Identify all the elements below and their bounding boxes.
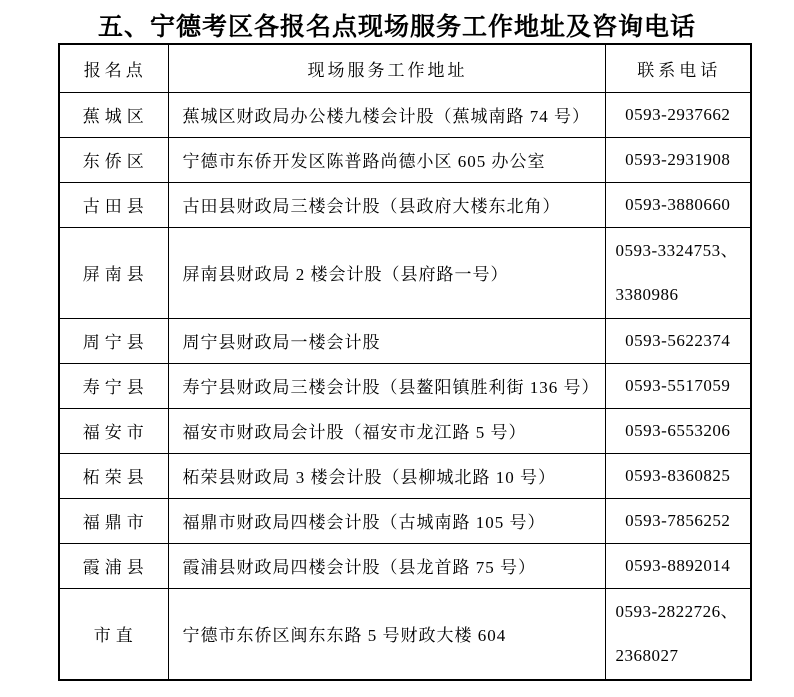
header-service-address: 现场服务工作地址 <box>168 44 605 92</box>
point-cell: 周宁县 <box>59 318 168 363</box>
table-row: 霞浦县 霞浦县财政局四楼会计股（县龙首路 75 号） 0593-8892014 <box>59 543 751 588</box>
table-header-row: 报名点 现场服务工作地址 联系电话 <box>59 44 751 92</box>
phone-cell: 0593-3880660 <box>605 182 751 227</box>
table-row: 市直 宁德市东侨区闽东东路 5 号财政大楼 604 0593-2822726、 … <box>59 588 751 680</box>
phone-cell: 0593-2931908 <box>605 137 751 182</box>
address-cell: 宁德市东侨开发区陈普路尚德小区 605 办公室 <box>168 137 605 182</box>
phone-cell: 0593-2937662 <box>605 92 751 137</box>
phone-cell: 0593-8892014 <box>605 543 751 588</box>
phone-cell: 0593-7856252 <box>605 498 751 543</box>
point-cell: 古田县 <box>59 182 168 227</box>
header-registration-point: 报名点 <box>59 44 168 92</box>
phone-cell: 0593-5517059 <box>605 363 751 408</box>
point-cell: 福鼎市 <box>59 498 168 543</box>
point-cell: 市直 <box>59 588 168 680</box>
phone-cell: 0593-3324753、 3380986 <box>605 227 751 318</box>
address-cell: 寿宁县财政局三楼会计股（县鳌阳镇胜利街 136 号） <box>168 363 605 408</box>
point-cell: 柘荣县 <box>59 453 168 498</box>
phone-cell: 0593-2822726、 2368027 <box>605 588 751 680</box>
table-row: 东侨区 宁德市东侨开发区陈普路尚德小区 605 办公室 0593-2931908 <box>59 137 751 182</box>
document-title: 五、宁德考区各报名点现场服务工作地址及咨询电话 <box>0 7 794 43</box>
registration-points-table: 报名点 现场服务工作地址 联系电话 蕉城区 蕉城区财政局办公楼九楼会计股（蕉城南… <box>58 43 752 681</box>
header-contact-phone: 联系电话 <box>605 44 751 92</box>
address-cell: 福鼎市财政局四楼会计股（古城南路 105 号） <box>168 498 605 543</box>
table-row: 福鼎市 福鼎市财政局四楼会计股（古城南路 105 号） 0593-7856252 <box>59 498 751 543</box>
table-row: 寿宁县 寿宁县财政局三楼会计股（县鳌阳镇胜利街 136 号） 0593-5517… <box>59 363 751 408</box>
table-row: 柘荣县 柘荣县财政局 3 楼会计股（县柳城北路 10 号） 0593-83608… <box>59 453 751 498</box>
point-cell: 蕉城区 <box>59 92 168 137</box>
table-row: 蕉城区 蕉城区财政局办公楼九楼会计股（蕉城南路 74 号） 0593-29376… <box>59 92 751 137</box>
address-cell: 屏南县财政局 2 楼会计股（县府路一号） <box>168 227 605 318</box>
point-cell: 霞浦县 <box>59 543 168 588</box>
address-cell: 周宁县财政局一楼会计股 <box>168 318 605 363</box>
point-cell: 寿宁县 <box>59 363 168 408</box>
phone-cell: 0593-5622374 <box>605 318 751 363</box>
table-row: 屏南县 屏南县财政局 2 楼会计股（县府路一号） 0593-3324753、 3… <box>59 227 751 318</box>
address-cell: 宁德市东侨区闽东东路 5 号财政大楼 604 <box>168 588 605 680</box>
phone-cell: 0593-6553206 <box>605 408 751 453</box>
point-cell: 屏南县 <box>59 227 168 318</box>
address-cell: 古田县财政局三楼会计股（县政府大楼东北角） <box>168 182 605 227</box>
address-cell: 蕉城区财政局办公楼九楼会计股（蕉城南路 74 号） <box>168 92 605 137</box>
table-row: 古田县 古田县财政局三楼会计股（县政府大楼东北角） 0593-3880660 <box>59 182 751 227</box>
point-cell: 东侨区 <box>59 137 168 182</box>
point-cell: 福安市 <box>59 408 168 453</box>
address-cell: 霞浦县财政局四楼会计股（县龙首路 75 号） <box>168 543 605 588</box>
address-cell: 福安市财政局会计股（福安市龙江路 5 号） <box>168 408 605 453</box>
phone-cell: 0593-8360825 <box>605 453 751 498</box>
table-row: 福安市 福安市财政局会计股（福安市龙江路 5 号） 0593-6553206 <box>59 408 751 453</box>
address-cell: 柘荣县财政局 3 楼会计股（县柳城北路 10 号） <box>168 453 605 498</box>
table-row: 周宁县 周宁县财政局一楼会计股 0593-5622374 <box>59 318 751 363</box>
